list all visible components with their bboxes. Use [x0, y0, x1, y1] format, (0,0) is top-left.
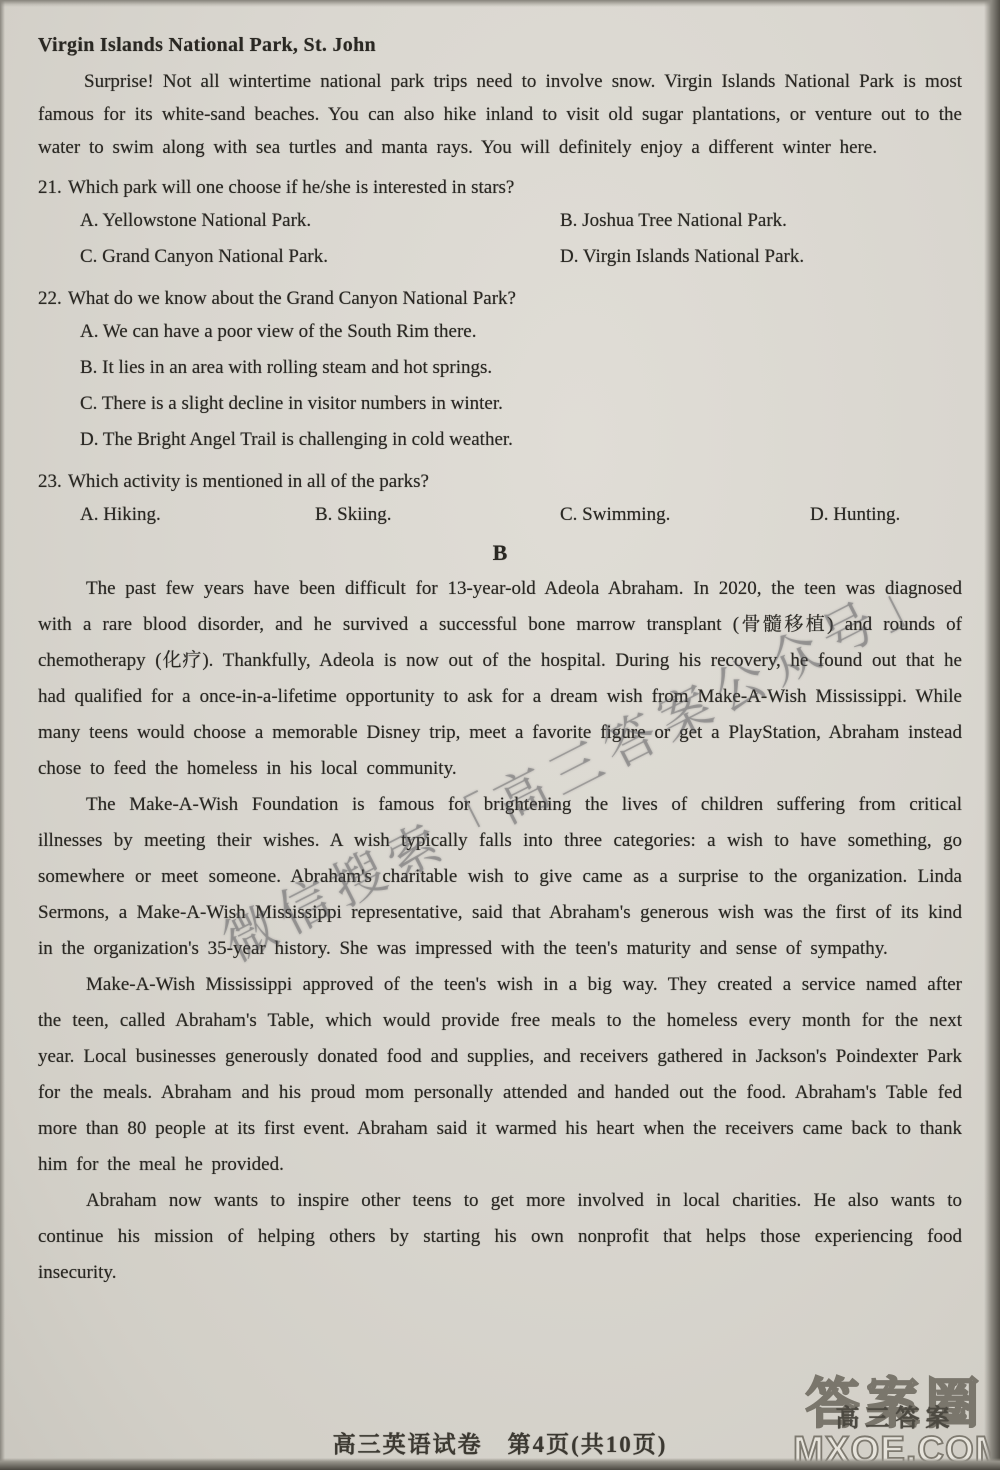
option-23-b: B. Skiing.	[315, 497, 560, 533]
question-21-number: 21.	[38, 172, 68, 203]
question-23-number: 23.	[38, 466, 68, 497]
option-22-d: D. The Bright Angel Trail is challenging…	[80, 422, 962, 458]
option-21-b: B. Joshua Tree National Park.	[560, 203, 962, 239]
scan-edge-bottom	[0, 1458, 1000, 1470]
section-b-label: B	[38, 537, 962, 569]
question-21-options: A. Yellowstone National Park. B. Joshua …	[38, 203, 962, 275]
question-21-text: Which park will one choose if he/she is …	[68, 177, 514, 198]
scan-edge-top	[0, 0, 1000, 7]
option-22-c: C. There is a slight decline in visitor …	[80, 386, 962, 422]
exam-page: Virgin Islands National Park, St. John S…	[0, 0, 1000, 1470]
question-23: 23.Which activity is mentioned in all of…	[38, 466, 962, 533]
question-22-text: What do we know about the Grand Canyon N…	[68, 288, 516, 309]
passage-a-title: Virgin Islands National Park, St. John	[38, 34, 962, 57]
option-21-a: A. Yellowstone National Park.	[80, 203, 560, 239]
question-22: 22.What do we know about the Grand Canyo…	[38, 283, 962, 458]
question-22-options: A. We can have a poor view of the South …	[38, 314, 962, 458]
option-21-d: D. Virgin Islands National Park.	[560, 239, 962, 275]
question-22-number: 22.	[38, 283, 68, 314]
option-23-d: D. Hunting.	[810, 497, 962, 533]
passage-b-paragraph-4: Abraham now wants to inspire other teens…	[38, 1183, 962, 1291]
scan-edge-right	[984, 0, 1000, 1470]
question-21: 21.Which park will one choose if he/she …	[38, 172, 962, 275]
option-22-b: B. It lies in an area with rolling steam…	[80, 350, 962, 386]
question-21-stem: 21.Which park will one choose if he/she …	[38, 172, 962, 203]
question-23-stem: 23.Which activity is mentioned in all of…	[38, 466, 962, 497]
passage-b-paragraph-1: The past few years have been difficult f…	[38, 571, 962, 787]
passage-a-paragraph: Surprise! Not all wintertime national pa…	[38, 65, 962, 164]
passage-b-paragraph-2: The Make-A-Wish Foundation is famous for…	[38, 787, 962, 967]
passage-b-paragraph-3: Make-A-Wish Mississippi approved of the …	[38, 967, 962, 1183]
scan-edge-left	[0, 0, 5, 1470]
option-22-a: A. We can have a poor view of the South …	[80, 314, 962, 350]
page-footer: 高三英语试卷 第4页(共10页)	[0, 1426, 1000, 1459]
question-23-text: Which activity is mentioned in all of th…	[68, 471, 429, 492]
question-22-stem: 22.What do we know about the Grand Canyo…	[38, 283, 962, 314]
logo-answer-circle-text: 答案圈	[793, 1377, 998, 1431]
option-23-c: C. Swimming.	[560, 497, 810, 533]
question-23-options: A. Hiking. B. Skiing. C. Swimming. D. Hu…	[38, 497, 962, 533]
option-21-c: C. Grand Canyon National Park.	[80, 239, 560, 275]
option-23-a: A. Hiking.	[80, 497, 315, 533]
page-content: Virgin Islands National Park, St. John S…	[38, 34, 962, 1291]
